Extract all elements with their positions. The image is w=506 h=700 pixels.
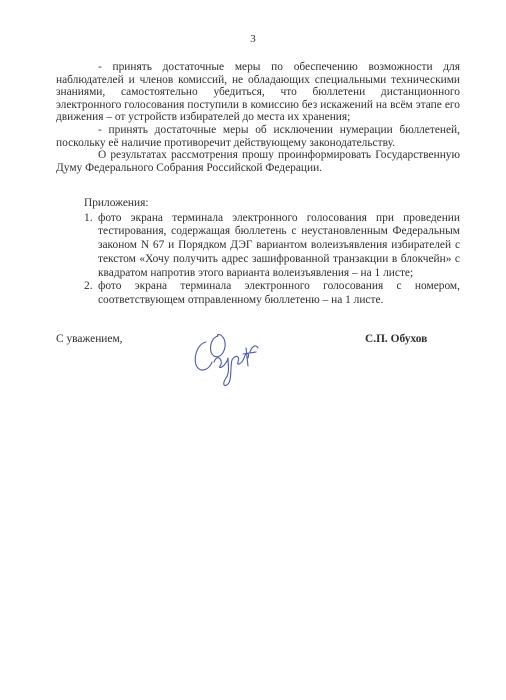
attachment-text: фото экрана терминала электронного голос…	[98, 212, 460, 279]
attachment-item: 1. фото экрана терминала электронного го…	[56, 212, 460, 281]
attachments-section: Приложения: 1. фото экрана терминала эле…	[56, 197, 460, 308]
signer-name: С.П. Обухов	[365, 332, 427, 346]
handwritten-signature-icon	[188, 322, 263, 392]
attachment-item: 2. фото экрана терминала электронного го…	[56, 280, 460, 307]
body-text: - принять достаточные меры по обеспечени…	[56, 61, 460, 174]
attachment-number: 2.	[84, 280, 93, 294]
attachment-number: 1.	[84, 212, 93, 226]
attachments-list: 1. фото экрана терминала электронного го…	[56, 212, 460, 308]
attachment-text: фото экрана терминала электронного голос…	[98, 280, 460, 306]
page-number: 3	[0, 33, 506, 46]
attachments-title: Приложения:	[84, 197, 460, 211]
paragraph-measures-observers: - принять достаточные меры по обеспечени…	[56, 61, 460, 124]
regards-text: С уважением,	[56, 332, 123, 346]
paragraph-measures-numbering: - принять достаточные меры об исключении…	[56, 124, 460, 149]
paragraph-request-results: О результатах рассмотрения прошу проинфо…	[56, 149, 460, 174]
